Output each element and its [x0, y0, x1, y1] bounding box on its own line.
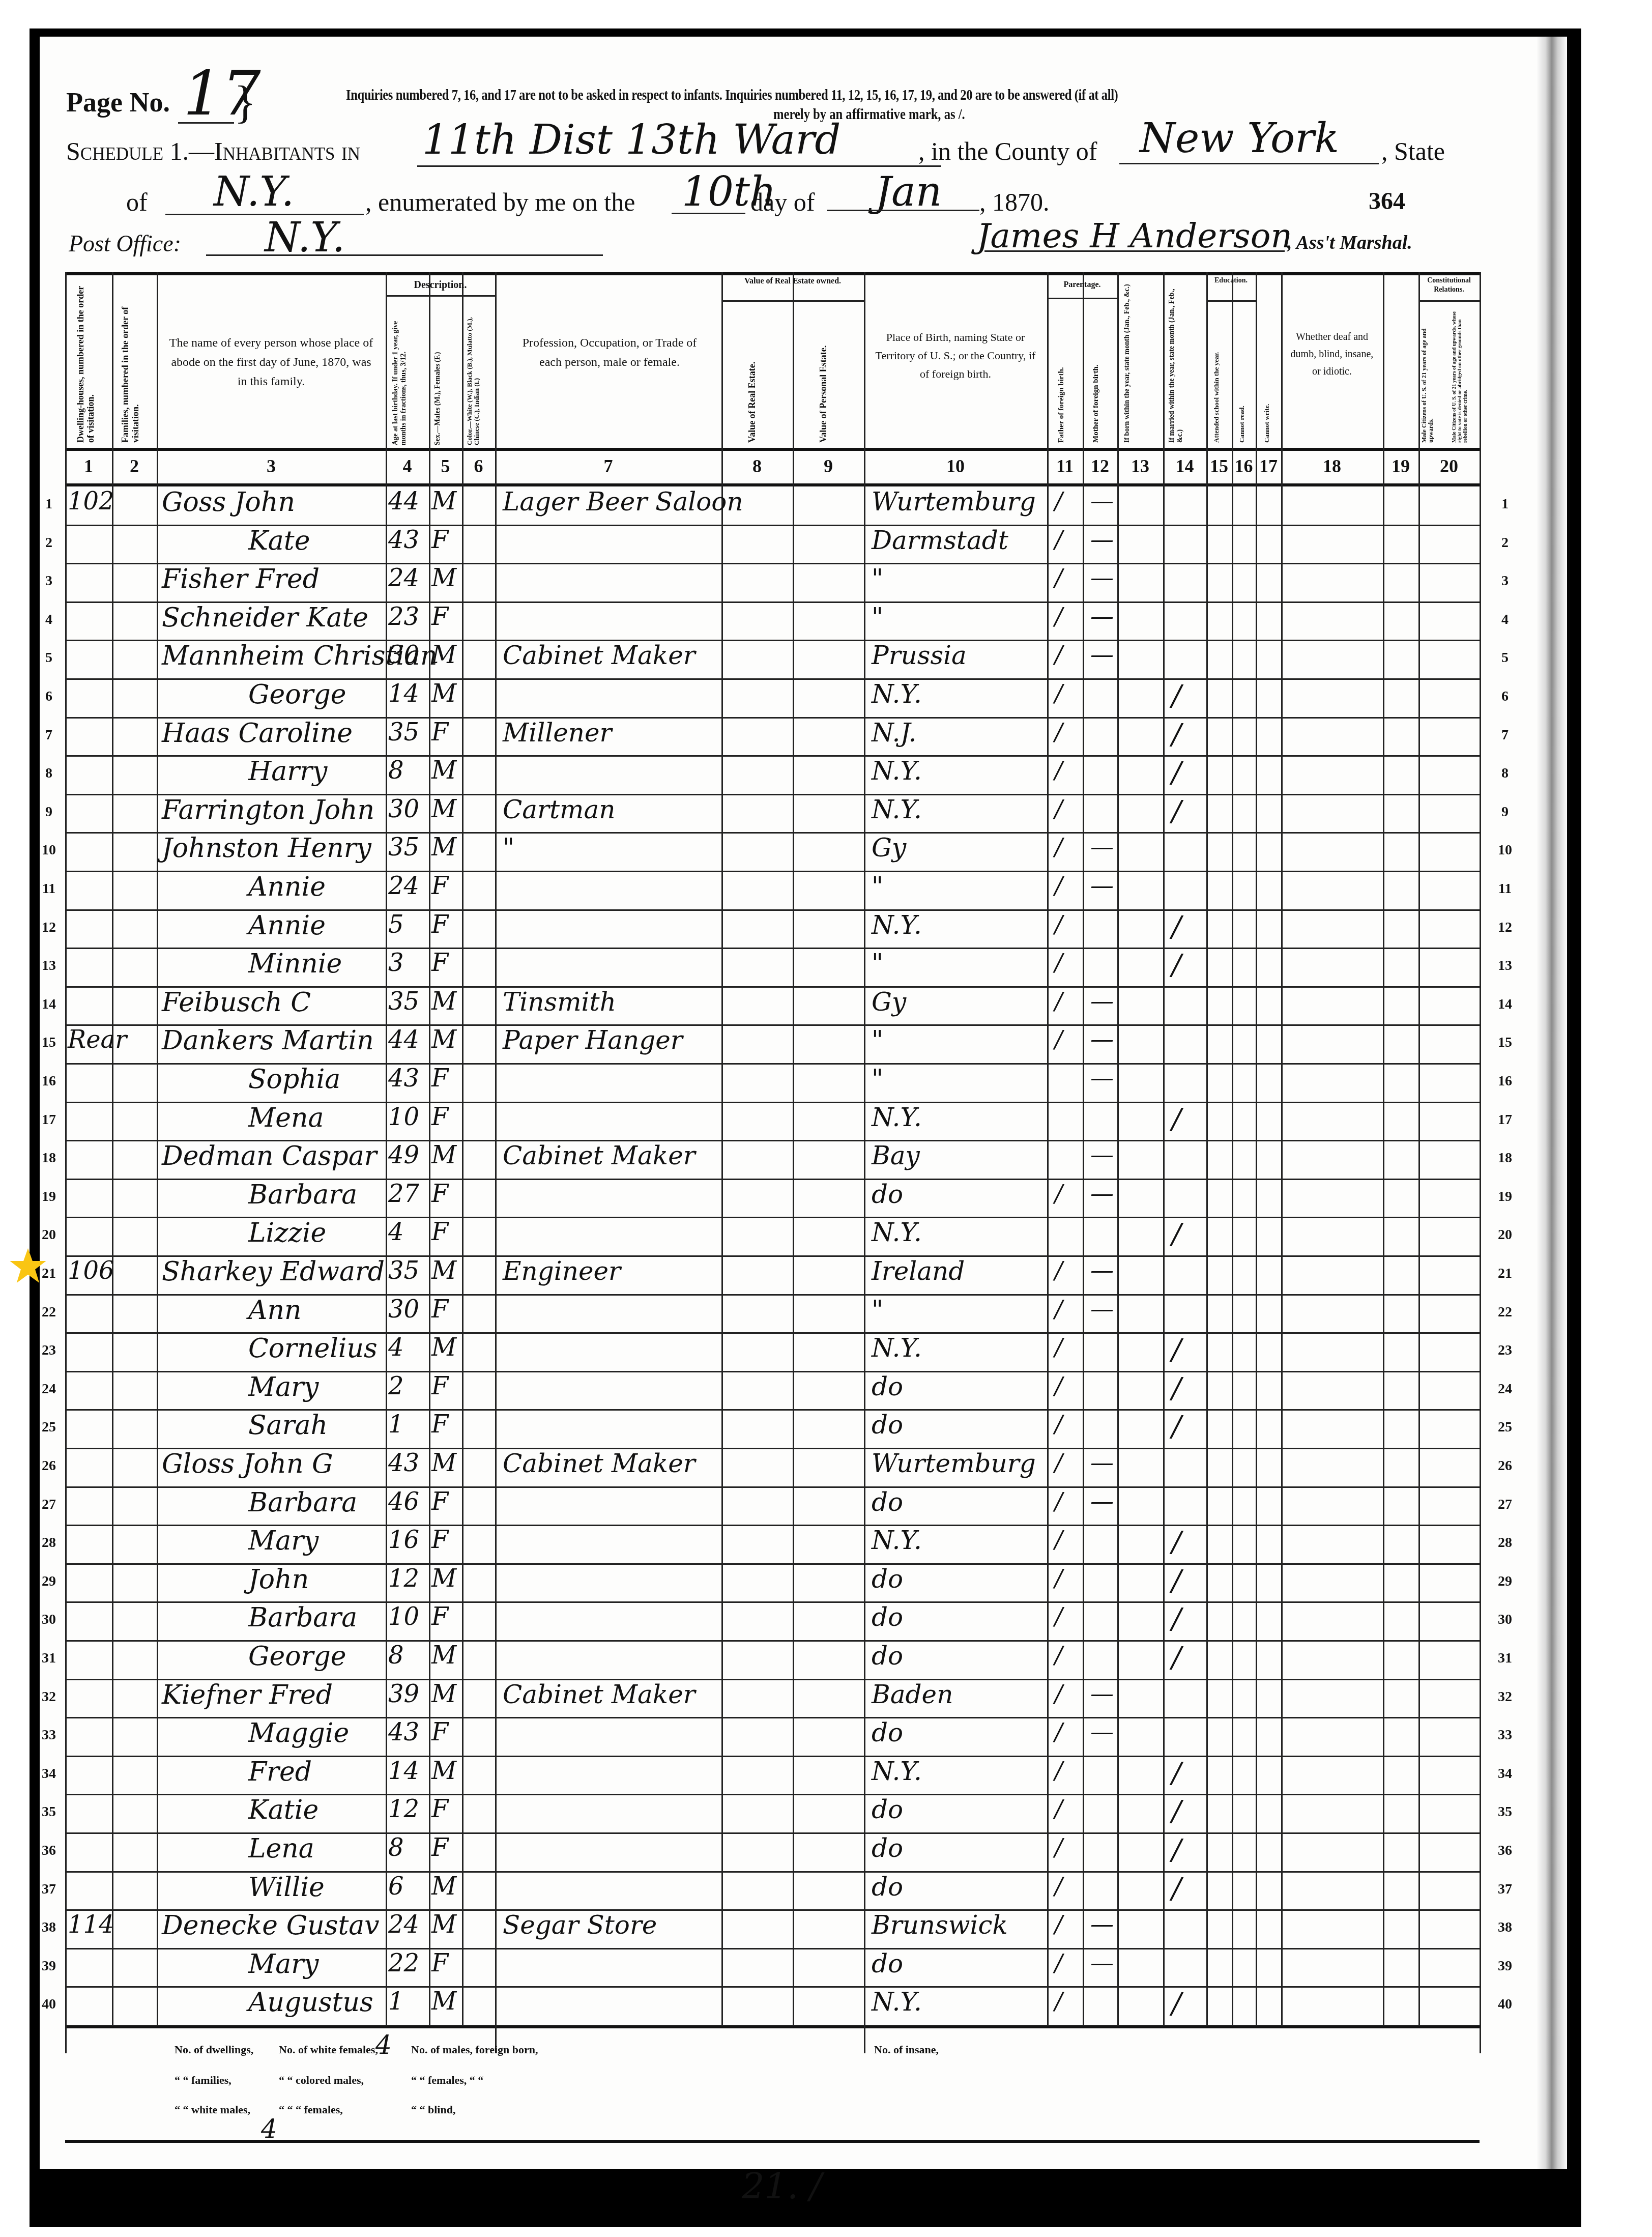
- cell-birthplace: do: [872, 1180, 903, 1209]
- cell-birthplace: N.Y.: [872, 1757, 922, 1786]
- cell-birthplace: Wurtemburg: [872, 487, 1036, 517]
- line-number-right: 15: [1495, 1035, 1515, 1051]
- line-number-right: 39: [1495, 1958, 1515, 1974]
- header-born-month: If born within the year, state month (Ja…: [1123, 282, 1157, 443]
- cell-age: 2: [388, 1372, 404, 1400]
- cell-father-foreign: /: [1055, 1564, 1063, 1592]
- cell-sex: M: [431, 564, 456, 592]
- cell-sex: M: [431, 833, 456, 862]
- cell-age: 30: [388, 641, 419, 669]
- cell-mother-foreign: —: [1090, 1487, 1114, 1515]
- cell-name: Johnston Henry: [162, 833, 371, 864]
- line-number-left: 31: [39, 1650, 59, 1667]
- line-number-left: 12: [39, 920, 59, 936]
- marshal-signature: James H Anderson: [977, 216, 1292, 255]
- col-num-9: 9: [793, 455, 864, 477]
- cell-father-foreign: /: [1055, 679, 1063, 707]
- line-number-right: 24: [1495, 1381, 1515, 1397]
- cell-father-foreign: /: [1055, 872, 1063, 899]
- cell-father-foreign: /: [1055, 949, 1063, 976]
- cell-sex: M: [431, 1449, 456, 1477]
- cell-mother-foreign: —: [1090, 1295, 1114, 1323]
- line-number-right: 27: [1495, 1497, 1515, 1513]
- cell-sex: F: [431, 1064, 448, 1093]
- line-number-right: 5: [1495, 650, 1515, 666]
- cell-name: Lizzie: [248, 1218, 326, 1248]
- cell-sex: M: [431, 1680, 456, 1708]
- cell-birthplace: N.Y.: [872, 1103, 922, 1132]
- col-num-1: 1: [65, 455, 112, 477]
- day-underline: [672, 213, 745, 214]
- col-line: [157, 272, 158, 2025]
- cell-age: 24: [388, 564, 419, 592]
- line-number-right: 25: [1495, 1419, 1515, 1436]
- cell-occupation: Cartman: [503, 795, 615, 824]
- cell-father-foreign: /: [1055, 833, 1063, 861]
- col-num-7: 7: [495, 455, 721, 477]
- cell-mother-foreign: —: [1090, 641, 1114, 668]
- col-line: [386, 272, 387, 2025]
- cell-age: 44: [388, 1025, 419, 1054]
- cell-school: /: [1172, 1833, 1181, 1867]
- cell-sex: M: [431, 987, 456, 1016]
- group-rule: [721, 300, 864, 302]
- cell-name: Mannheim Christian: [162, 641, 386, 671]
- cell-father-foreign: /: [1055, 1410, 1063, 1438]
- cell-sex: M: [431, 756, 456, 785]
- line-number-right: 6: [1495, 689, 1515, 705]
- cell-birthplace: ": [872, 1064, 883, 1094]
- line-number-left: 7: [39, 727, 59, 743]
- line-number-left: 24: [39, 1381, 59, 1397]
- cell-father-foreign: /: [1055, 564, 1063, 591]
- line-number-right: 9: [1495, 804, 1515, 820]
- cell-name: Mary: [248, 1372, 318, 1402]
- cell-sex: F: [431, 718, 448, 747]
- state-label: , State: [1381, 136, 1445, 166]
- cell-birthplace: ": [872, 949, 883, 978]
- line-number-left: 4: [39, 612, 59, 628]
- line-number-right: 8: [1495, 765, 1515, 782]
- line-number-right: 29: [1495, 1573, 1515, 1590]
- cell-school: /: [1172, 1602, 1181, 1636]
- page-number-underline: [178, 122, 234, 124]
- cell-father-foreign: /: [1055, 1795, 1063, 1822]
- line-number-left: 9: [39, 804, 59, 820]
- cell-age: 24: [388, 1910, 419, 1939]
- cell-occupation: Lager Beer Saloon: [503, 487, 721, 517]
- line-number-left: 18: [39, 1150, 59, 1166]
- cell-birthplace: ": [872, 1295, 883, 1325]
- cell-mother-foreign: —: [1090, 833, 1114, 861]
- col-num-13: 13: [1117, 455, 1163, 477]
- district-value: 11th Dist 13th Ward: [422, 116, 841, 163]
- header-sex: Sex.—Males (M.), Females (F.): [434, 303, 457, 445]
- cell-father-foreign: /: [1055, 1872, 1063, 1900]
- cell-name: Katie: [248, 1795, 318, 1825]
- star-marker-icon[interactable]: [9, 1247, 47, 1284]
- col-num-8: 8: [721, 455, 793, 477]
- line-number-left: 30: [39, 1612, 59, 1628]
- line-number-left: 6: [39, 689, 59, 705]
- line-number-right: 7: [1495, 727, 1515, 743]
- col-num-11: 11: [1047, 455, 1083, 477]
- cell-father-foreign: /: [1055, 1526, 1063, 1553]
- footer-white-females: No. of white females,: [279, 2043, 378, 2056]
- instructions-line-1: Inquiries numbered 7, 16, and 17 are not…: [346, 87, 1118, 104]
- enumerated-label: , enumerated by me on the: [365, 187, 635, 217]
- col-line: [1117, 272, 1119, 2025]
- line-number-left: 33: [39, 1727, 59, 1743]
- line-number-right: 23: [1495, 1342, 1515, 1359]
- line-number-left: 25: [39, 1419, 59, 1436]
- cell-name: Dankers Martin: [162, 1025, 374, 1056]
- col-line: [1383, 272, 1384, 2025]
- cell-age: 8: [388, 756, 404, 785]
- header-family: Families, numbered in the order of visit…: [120, 285, 151, 443]
- cell-occupation: Millener: [503, 718, 612, 748]
- cell-school: /: [1172, 949, 1181, 982]
- line-number-right: 20: [1495, 1227, 1515, 1243]
- cell-name: Sharkey Edward: [162, 1256, 385, 1287]
- cell-sex: M: [431, 795, 456, 823]
- cell-name: Feibusch C: [162, 987, 311, 1018]
- line-number-right: 21: [1495, 1266, 1515, 1282]
- line-number-left: 26: [39, 1458, 59, 1474]
- line-number-right: 13: [1495, 958, 1515, 974]
- cell-name: Kate: [248, 526, 310, 556]
- cell-birthplace: N.Y.: [872, 910, 922, 940]
- cell-sex: M: [431, 487, 456, 515]
- cell-name: Willie: [248, 1872, 325, 1903]
- line-number-left: 16: [39, 1073, 59, 1089]
- cell-school: /: [1172, 1872, 1181, 1905]
- cell-name: Denecke Gustav: [162, 1910, 380, 1941]
- cell-school: /: [1172, 1641, 1181, 1674]
- cell-age: 30: [388, 1295, 419, 1324]
- cell-father-foreign: /: [1055, 1372, 1063, 1399]
- col-line: [495, 272, 497, 2053]
- footer-males-foreign: No. of males, foreign born,: [411, 2043, 538, 2056]
- footer-colored-males: “ “ colored males,: [279, 2074, 364, 2087]
- row-rule: [65, 2025, 1480, 2026]
- header-name: The name of every person whose place of …: [167, 333, 375, 391]
- col-num-19: 19: [1383, 455, 1418, 477]
- cell-name: Augustus: [248, 1987, 373, 2018]
- header-color: Color.—White (W.), Black (B.), Mulatto (…: [466, 303, 492, 445]
- cell-birthplace: Wurtemburg: [872, 1449, 1036, 1478]
- cell-father-foreign: /: [1055, 641, 1063, 668]
- col-num-12: 12: [1083, 455, 1117, 477]
- footer-colored-females: “ “ “ females,: [279, 2103, 343, 2116]
- cell-name: Minnie: [248, 949, 342, 979]
- group-description: Description.: [386, 277, 495, 293]
- cell-age: 43: [388, 1449, 419, 1477]
- page-binding-edge: [1537, 37, 1567, 2169]
- cell-occupation: Tinsmith: [503, 987, 616, 1017]
- col-line: [1418, 272, 1420, 2025]
- cell-occupation: ": [503, 833, 514, 863]
- cell-birthplace: do: [872, 1602, 903, 1632]
- cell-mother-foreign: —: [1090, 1718, 1114, 1745]
- col-line: [793, 272, 794, 2025]
- cell-birthplace: N.Y.: [872, 1987, 922, 2017]
- line-number-left: 40: [39, 1996, 59, 2013]
- header-birthplace: Place of Birth, naming State or Territor…: [874, 328, 1037, 383]
- footer-insane: No. of insane,: [874, 2043, 939, 2056]
- line-number-right: 30: [1495, 1612, 1515, 1628]
- cell-age: 39: [388, 1680, 419, 1708]
- cell-birthplace: do: [872, 1833, 903, 1863]
- cell-mother-foreign: —: [1090, 1680, 1114, 1707]
- cell-name: Annie: [248, 872, 326, 902]
- cell-name: Barbara: [248, 1180, 357, 1210]
- cell-sex: M: [431, 641, 456, 669]
- group-constitutional: Constitutional Relations.: [1418, 276, 1480, 295]
- cell-father-foreign: /: [1055, 1949, 1063, 1976]
- col-line: [1163, 272, 1165, 2025]
- line-number-right: 28: [1495, 1535, 1515, 1551]
- col-line: [1047, 272, 1049, 2025]
- cell-birthplace: do: [872, 1372, 903, 1401]
- cell-age: 3: [388, 949, 404, 977]
- cell-father-foreign: /: [1055, 487, 1063, 514]
- cell-dwelling: 102: [68, 487, 111, 515]
- col-line: [462, 272, 463, 2025]
- cell-occupation: Engineer: [503, 1256, 621, 1286]
- cell-birthplace: ": [872, 603, 883, 632]
- col-line: [1480, 272, 1481, 2053]
- cell-father-foreign: /: [1055, 1602, 1063, 1630]
- line-number-right: 40: [1495, 1996, 1515, 2013]
- column-number-rule: [65, 483, 1480, 486]
- header-age: Age at last birthday. If under 1 year, g…: [392, 303, 424, 445]
- cell-age: 22: [388, 1949, 419, 1977]
- footer-females-foreign: “ “ females, “ “: [411, 2074, 483, 2087]
- cell-age: 6: [388, 1872, 404, 1901]
- cell-school: /: [1172, 795, 1181, 828]
- cell-father-foreign: /: [1055, 603, 1063, 630]
- day-of-label: day of: [750, 187, 815, 217]
- cell-age: 43: [388, 1718, 419, 1746]
- header-personal-estate: Value of Personal Estate.: [818, 308, 838, 443]
- cell-mother-foreign: —: [1090, 1064, 1114, 1092]
- header-cannot-write: Cannot write.: [1262, 343, 1277, 443]
- cell-sex: F: [431, 603, 448, 631]
- line-number-right: 17: [1495, 1112, 1515, 1128]
- district-underline: [417, 165, 941, 167]
- cell-sex: F: [431, 1833, 448, 1862]
- line-number-left: 35: [39, 1804, 59, 1820]
- line-number-left: 5: [39, 650, 59, 666]
- col-line: [1232, 272, 1233, 2025]
- cell-birthplace: Ireland: [872, 1256, 965, 1286]
- header-father-foreign: Father of foreign birth.: [1056, 308, 1075, 443]
- marshal-title: , Ass't Marshal.: [1287, 232, 1412, 254]
- cell-mother-foreign: —: [1090, 1180, 1114, 1207]
- cell-father-foreign: /: [1055, 1025, 1063, 1053]
- col-num-18: 18: [1281, 455, 1383, 477]
- cell-sex: F: [431, 1218, 448, 1246]
- cell-father-foreign: /: [1055, 718, 1063, 745]
- cell-age: 23: [388, 603, 419, 631]
- cell-age: 14: [388, 1757, 419, 1785]
- stamp-number: 364: [1369, 187, 1405, 215]
- cell-birthplace: N.Y.: [872, 1218, 922, 1247]
- post-office-label: Post Office:: [69, 230, 181, 257]
- line-number-left: 17: [39, 1112, 59, 1128]
- cell-birthplace: do: [872, 1410, 903, 1440]
- group-rule: [386, 295, 495, 297]
- cell-sex: M: [431, 679, 456, 708]
- cell-mother-foreign: —: [1090, 872, 1114, 899]
- line-number-left: 34: [39, 1766, 59, 1782]
- line-number-right: 12: [1495, 920, 1515, 936]
- cell-birthplace: ": [872, 564, 883, 593]
- cell-age: 12: [388, 1564, 419, 1593]
- cell-name: Fisher Fred: [162, 564, 320, 594]
- cell-mother-foreign: —: [1090, 603, 1114, 630]
- col-num-17: 17: [1256, 455, 1281, 477]
- line-number-right: 1: [1495, 496, 1515, 512]
- cell-sex: M: [431, 1987, 456, 2016]
- cell-sex: F: [431, 1949, 448, 1977]
- line-number-right: 37: [1495, 1881, 1515, 1898]
- line-number-right: 16: [1495, 1073, 1515, 1089]
- cell-school: /: [1172, 1526, 1181, 1559]
- cell-sex: F: [431, 1718, 448, 1746]
- cell-sex: M: [431, 1872, 456, 1901]
- table-top-rule: [65, 272, 1480, 275]
- cell-sex: F: [431, 949, 448, 977]
- cell-name: Barbara: [248, 1602, 357, 1633]
- cell-school: /: [1172, 1218, 1181, 1251]
- line-number-left: 38: [39, 1919, 59, 1936]
- col-line: [112, 272, 113, 2025]
- cell-mother-foreign: —: [1090, 1025, 1114, 1053]
- cell-sex: M: [431, 1564, 456, 1593]
- col-num-2: 2: [112, 455, 157, 477]
- cell-occupation: Cabinet Maker: [503, 1141, 695, 1170]
- cell-age: 43: [388, 1064, 419, 1093]
- cell-mother-foreign: —: [1090, 1949, 1114, 1976]
- col-line: [864, 272, 865, 2053]
- cell-age: 4: [388, 1218, 404, 1246]
- cell-name: Farrington John: [162, 795, 374, 825]
- cell-name: Annie: [248, 910, 326, 941]
- cell-birthplace: do: [872, 1564, 903, 1594]
- line-number-left: 1: [39, 496, 59, 512]
- header-bottom-rule: [65, 448, 1480, 451]
- cell-birthplace: do: [872, 1795, 903, 1824]
- cell-name: John: [248, 1564, 309, 1595]
- col-num-14: 14: [1163, 455, 1206, 477]
- cell-sex: M: [431, 1256, 456, 1285]
- cell-school: /: [1172, 910, 1181, 943]
- cell-school: /: [1172, 718, 1181, 751]
- cell-school: /: [1172, 1757, 1181, 1790]
- cell-age: 14: [388, 679, 419, 708]
- cell-sex: F: [431, 1180, 448, 1208]
- cell-school: /: [1172, 1103, 1181, 1136]
- cell-birthplace: do: [872, 1718, 903, 1747]
- bottom-tally-mark: 21. /: [742, 2165, 822, 2207]
- cell-birthplace: N.J.: [872, 718, 917, 748]
- cell-father-foreign: /: [1055, 1295, 1063, 1323]
- cell-mother-foreign: —: [1090, 564, 1114, 591]
- line-number-right: 19: [1495, 1189, 1515, 1205]
- cell-sex: M: [431, 1141, 456, 1169]
- county-value: New York: [1140, 114, 1339, 162]
- cell-birthplace: Gy: [872, 987, 906, 1017]
- cell-father-foreign: /: [1055, 1449, 1063, 1476]
- col-num-16: 16: [1232, 455, 1256, 477]
- cell-father-foreign: /: [1055, 1987, 1063, 2015]
- header-infirmity: Whether deaf and dumb, blind, insane, or…: [1286, 328, 1378, 380]
- cell-father-foreign: /: [1055, 1641, 1063, 1669]
- month-value: Jan: [875, 168, 942, 215]
- cell-school: /: [1172, 1333, 1181, 1366]
- line-number-left: 22: [39, 1304, 59, 1321]
- line-number-left: 2: [39, 535, 59, 551]
- line-number-right: 18: [1495, 1150, 1515, 1166]
- page-number-label: Page No.: [66, 87, 170, 118]
- line-number-right: 10: [1495, 842, 1515, 858]
- cell-birthplace: do: [872, 1949, 903, 1978]
- col-line: [429, 272, 430, 2025]
- cell-school: /: [1172, 1564, 1181, 1597]
- header-male-citizens: Male Citizens of U. S. of 21 years of ag…: [1421, 305, 1452, 443]
- cell-age: 24: [388, 872, 419, 900]
- col-line: [65, 272, 67, 2053]
- line-number-right: 3: [1495, 573, 1515, 589]
- census-table: Description. Value of Real Estate owned.…: [65, 272, 1480, 2053]
- footer-blind: “ “ blind,: [411, 2103, 455, 2116]
- cell-school: /: [1172, 1410, 1181, 1443]
- cell-sex: M: [431, 1333, 456, 1362]
- cell-sex: F: [431, 1295, 448, 1324]
- county-underline: [1119, 163, 1379, 164]
- cell-name: Fred: [248, 1757, 312, 1787]
- col-num-6: 6: [462, 455, 495, 477]
- line-number-right: 22: [1495, 1304, 1515, 1321]
- cell-age: 10: [388, 1103, 419, 1131]
- line-number-left: 13: [39, 958, 59, 974]
- cell-name: Ann: [248, 1295, 302, 1326]
- header-school: Attended school within the year.: [1211, 282, 1228, 443]
- cell-name: Lena: [248, 1833, 314, 1864]
- cell-birthplace: Gy: [872, 833, 906, 863]
- cell-birthplace: ": [872, 1025, 883, 1055]
- post-office-underline: [206, 254, 603, 256]
- col-num-5: 5: [429, 455, 462, 477]
- footer-white-females-value: 4: [375, 2030, 392, 2060]
- footer-families: “ “ families,: [175, 2074, 231, 2087]
- cell-school: /: [1172, 1795, 1181, 1828]
- cell-name: Harry: [248, 756, 327, 787]
- header-dwelling: Dwelling-houses, numbered in the order o…: [75, 285, 106, 443]
- cell-birthplace: Brunswick: [872, 1910, 1008, 1940]
- col-line: [1083, 272, 1084, 2025]
- header-vote-denied: Male Citizens of U. S. of 21 years of ag…: [1452, 305, 1478, 443]
- cell-dwelling: 106: [68, 1256, 111, 1285]
- cell-birthplace: do: [872, 1641, 903, 1671]
- cell-name: George: [248, 1641, 346, 1672]
- cell-birthplace: Bay: [872, 1141, 920, 1170]
- line-number-right: 2: [1495, 535, 1515, 551]
- cell-age: 1: [388, 1987, 404, 2016]
- col-line: [1206, 272, 1208, 2025]
